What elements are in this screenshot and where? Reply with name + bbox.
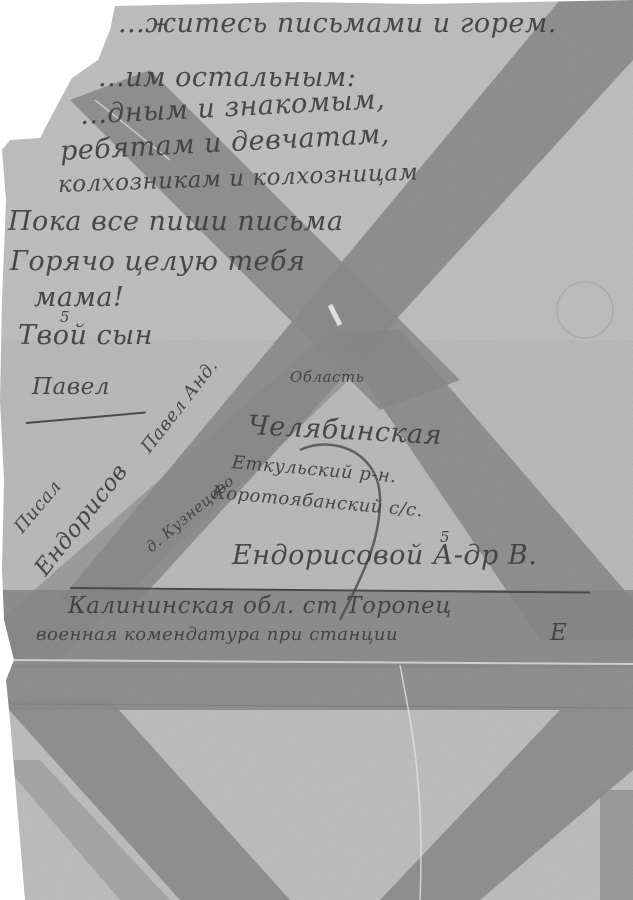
recipient-mark: 5 bbox=[440, 528, 450, 546]
return-address-line-2: военная комендатура при станции bbox=[36, 624, 398, 645]
letter-line-7: Горячо целую тебя bbox=[10, 246, 305, 277]
letter-line-8: мама! bbox=[34, 282, 124, 313]
closing-mark: 5 bbox=[60, 308, 70, 326]
scanned-letter: ...житесь письмами и горем. ...им осталь… bbox=[0, 0, 633, 900]
letter-closing: Твой сын bbox=[18, 320, 153, 351]
letter-signature: Павел bbox=[32, 374, 110, 400]
return-address-initials: Е bbox=[550, 620, 567, 646]
address-region-label: Область bbox=[290, 368, 364, 386]
letter-line-6: Пока все пиши письма bbox=[8, 206, 343, 237]
letter-line-1: ...житесь письмами и горем. bbox=[118, 8, 557, 39]
return-address-line-1: Калининская обл. ст Торопец bbox=[68, 593, 452, 619]
address-recipient: Ендорисовой А-др В. bbox=[232, 540, 537, 571]
